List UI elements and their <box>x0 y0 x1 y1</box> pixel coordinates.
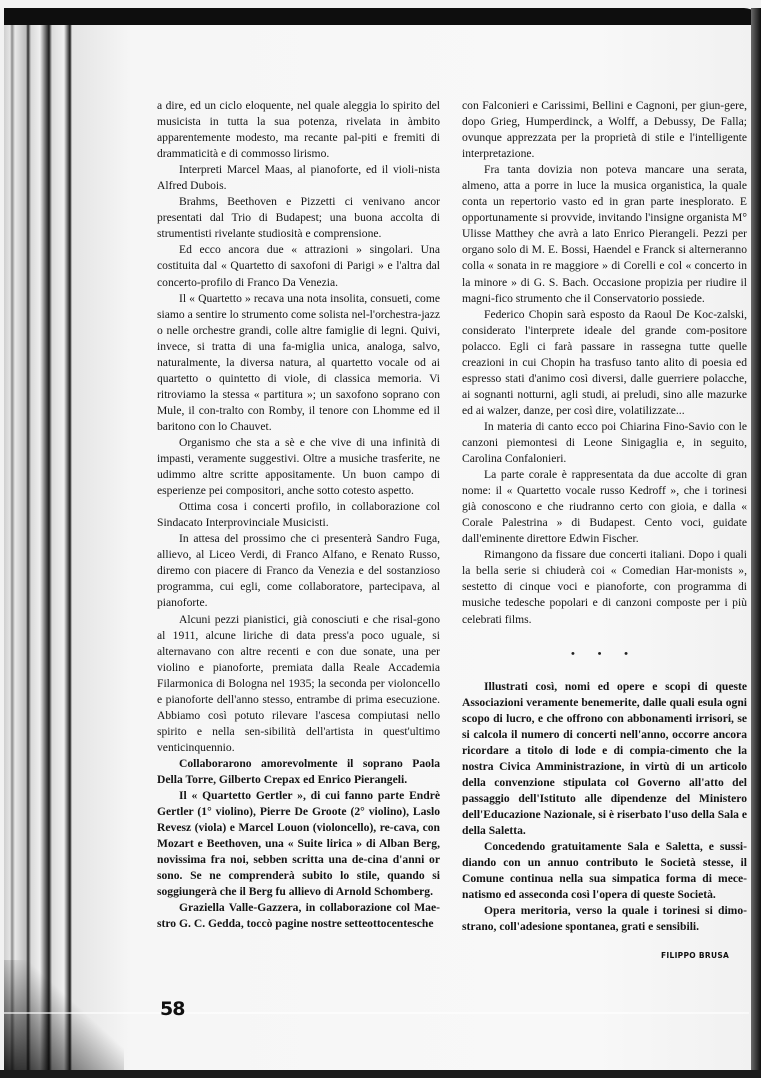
paragraph: Interpreti Marcel Maas, al pianoforte, e… <box>157 162 440 194</box>
scan-border-right <box>751 8 761 1070</box>
section-separator: • • • <box>462 646 747 662</box>
paragraph: Rimangono da fissare due concerti italia… <box>462 547 747 627</box>
left-text-column: a dire, ed un ciclo eloquente, nel quale… <box>157 98 440 932</box>
scan-border-top <box>4 8 761 25</box>
paragraph: Ottima cosa i concerti profilo, in colla… <box>157 499 440 531</box>
paragraph: Fra tanta dovizia non poteva mancare una… <box>462 162 747 306</box>
paragraph: In materia di canto ecco poi Chiarina Fi… <box>462 419 747 467</box>
paragraph: Il « Quartetto Gertler », di cui fanno p… <box>157 788 440 900</box>
scan-artifact-line <box>4 1012 749 1014</box>
paragraph: Organismo che sta a sè e che vive di una… <box>157 435 440 499</box>
paragraph: Opera meritoria, verso la quale i torine… <box>462 903 747 935</box>
paragraph: Federico Chopin sarà esposto da Raoul De… <box>462 307 747 419</box>
paragraph: In attesa del prossimo che ci presenterà… <box>157 531 440 611</box>
right-text-column: con Falconieri e Carissimi, Bellini e Ca… <box>462 98 747 935</box>
paragraph: Concedendo gratuitamente Sala e Saletta,… <box>462 839 747 903</box>
paragraph: Ed ecco ancora due « attrazioni » singol… <box>157 242 440 290</box>
book-binding-edge <box>4 24 72 1070</box>
paragraph: Il « Quartetto » recava una nota insolit… <box>157 291 440 435</box>
paragraph: La parte corale è rappresentata da due a… <box>462 467 747 547</box>
paragraph: Illustrati così, nomi ed opere e scopi d… <box>462 679 747 839</box>
paragraph: Alcuni pezzi pianistici, già conosciuti … <box>157 612 440 756</box>
paragraph: Graziella Valle-Gazzera, in collaborazio… <box>157 900 440 932</box>
paragraph: a dire, ed un ciclo eloquente, nel quale… <box>157 98 440 162</box>
scan-border-bottom <box>0 1070 761 1078</box>
scanned-page-frame: a dire, ed un ciclo eloquente, nel quale… <box>0 0 761 1078</box>
paragraph: Collaborarono amorevolmente il soprano P… <box>157 756 440 788</box>
page-number: 58 <box>160 998 184 1020</box>
author-signature: FILIPPO BRUSA <box>661 951 729 960</box>
binding-shadow <box>4 960 124 1070</box>
paragraph: Brahms, Beethoven e Pizzetti ci venivano… <box>157 194 440 242</box>
paragraph: con Falconieri e Carissimi, Bellini e Ca… <box>462 98 747 162</box>
